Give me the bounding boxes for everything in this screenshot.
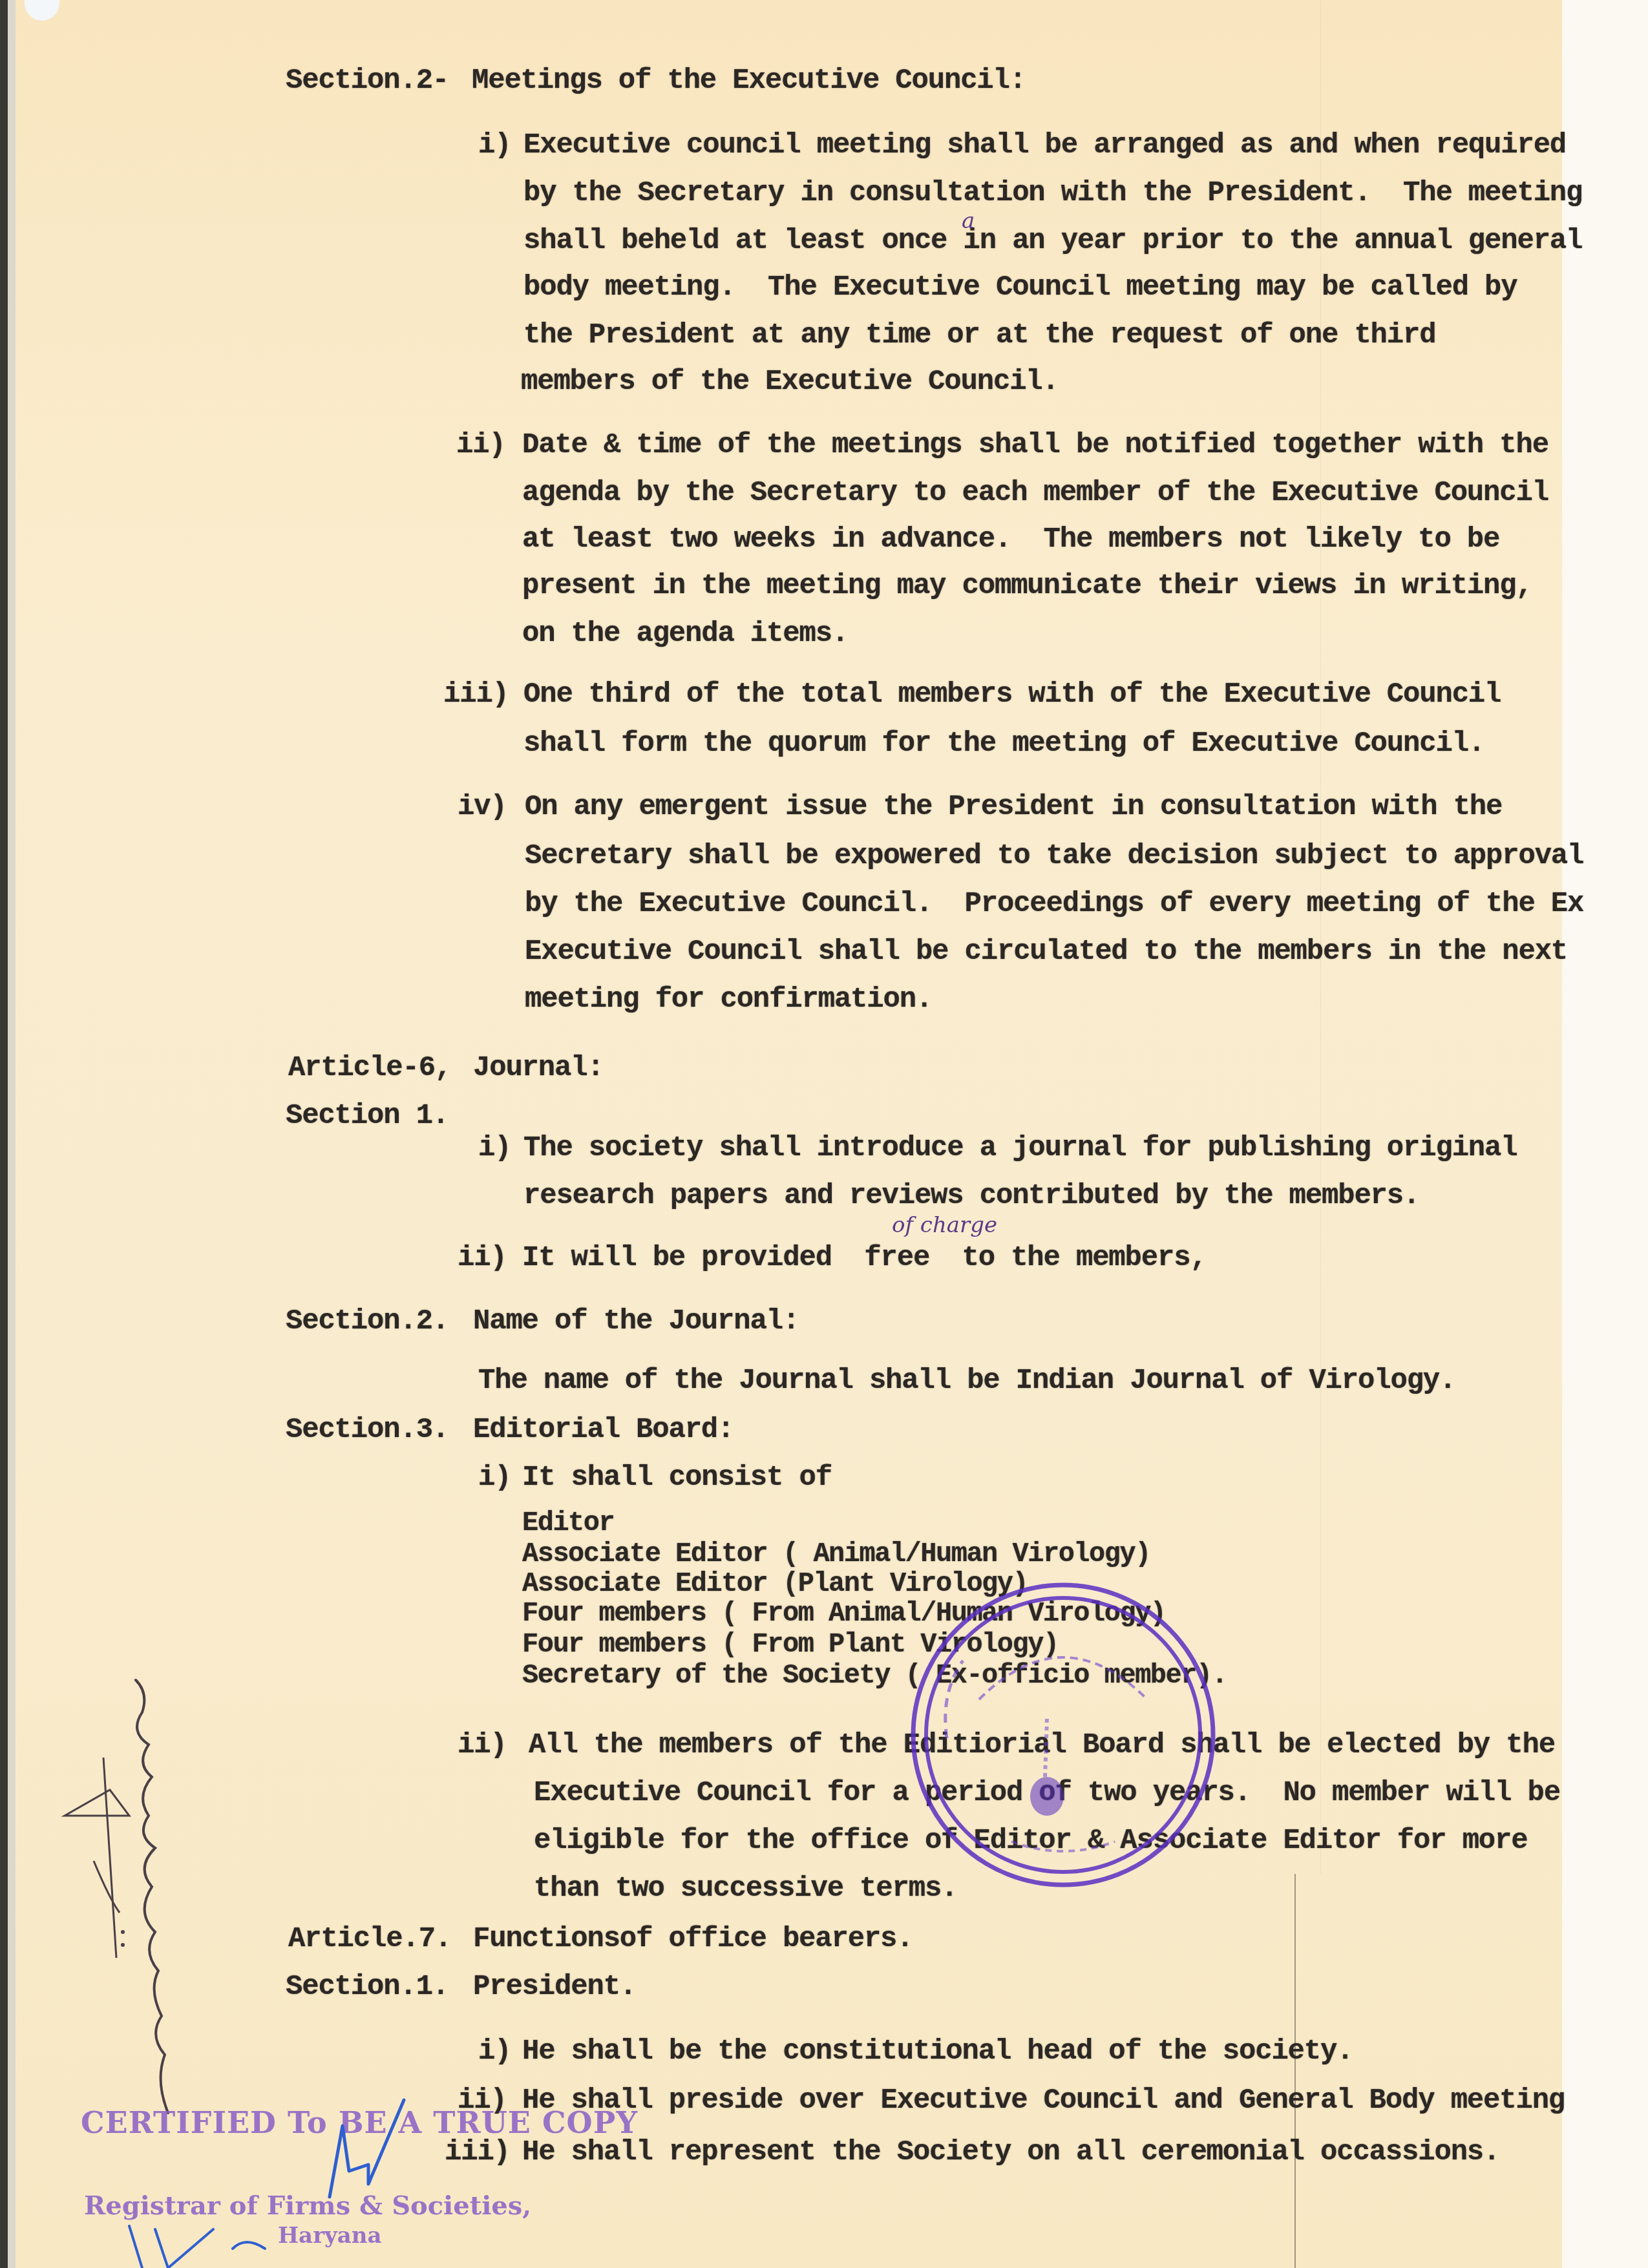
item-marker: i) xyxy=(478,1132,511,1164)
body-line: He shall be the constitutional head of t… xyxy=(522,2035,1353,2068)
section-label: Section 1. xyxy=(286,1100,449,1132)
body-line: by the Secretary in consultation with th… xyxy=(523,177,1582,209)
body-line: The society shall introduce a journal fo… xyxy=(523,1132,1517,1164)
body-line: by the Executive Council. Proceedings of… xyxy=(525,888,1583,920)
body-line: the President at any time or at the requ… xyxy=(523,319,1435,352)
registrar-stamp-state: Haryana xyxy=(278,2223,382,2249)
section-heading: President. xyxy=(473,1971,636,2003)
section-heading: Name of the Journal: xyxy=(473,1305,799,1338)
item-marker: iv) xyxy=(458,791,507,823)
fold-crease-lower xyxy=(1294,1874,1296,2268)
body-line: agenda by the Secretary to each member o… xyxy=(522,477,1548,509)
body-line: shall form the quorum for the meeting of… xyxy=(523,728,1484,760)
item-marker: iii) xyxy=(445,2136,510,2168)
body-line: body meeting. The Executive Council meet… xyxy=(523,271,1517,304)
body-line: Secretary shall be expowered to take dec… xyxy=(525,840,1583,872)
section-label: Section.3. xyxy=(286,1414,449,1446)
item-marker: ii) xyxy=(458,1242,507,1274)
item-marker: i) xyxy=(478,2035,511,2068)
article-label: Article-6, xyxy=(288,1052,451,1084)
body-line: Executive council meeting shall be arran… xyxy=(523,129,1566,162)
body-line: One third of the total members with of t… xyxy=(523,678,1501,711)
article-label: Article.7. xyxy=(288,1923,451,1955)
body-line: Executive Council shall be circulated to… xyxy=(525,936,1567,968)
body-line: The name of the Journal shall be Indian … xyxy=(478,1365,1455,1397)
scan-edge-light xyxy=(8,0,16,2268)
item-marker: i) xyxy=(478,129,511,162)
margin-signature-icon xyxy=(45,1667,200,2132)
registrar-seal-icon xyxy=(902,1564,1238,1893)
item-marker: i) xyxy=(478,1462,511,1494)
handwritten-insert-a: a xyxy=(962,208,975,234)
body-line: research papers and reviews contributed … xyxy=(523,1180,1419,1212)
body-line: shall beheld at least once in an year pr… xyxy=(523,225,1582,257)
initials-signature-icon xyxy=(317,2094,420,2203)
item-marker: ii) xyxy=(456,429,505,461)
handwritten-insert-of-charge: of charge xyxy=(892,1212,997,1238)
body-line: members of the Executive Council. xyxy=(521,366,1059,398)
body-line: meeting for confirmation. xyxy=(525,983,932,1016)
article-heading: Functionsof office bearers. xyxy=(473,1923,913,1955)
section-label: Section.2. xyxy=(286,1305,449,1338)
scan-margin-right xyxy=(1562,0,1648,2268)
body-line: at least two weeks in advance. The membe… xyxy=(522,523,1499,556)
section-label: Section.2- xyxy=(286,65,449,97)
body-line: He shall preside over Executive Council … xyxy=(522,2084,1565,2117)
section-heading: Meetings of the Executive Council: xyxy=(472,65,1026,97)
body-line: It will be provided free to the members, xyxy=(522,1242,1207,1274)
body-line: He shall represent the Society on all ce… xyxy=(522,2136,1499,2168)
bottom-signature-icon xyxy=(116,2223,284,2268)
body-line: than two successive terms. xyxy=(534,1873,957,1905)
body-line: on the agenda items. xyxy=(522,618,848,650)
registrar-stamp-line: Registrar of Firms & Societies, xyxy=(84,2190,531,2221)
section-label: Section.1. xyxy=(286,1971,449,2003)
item-marker: ii) xyxy=(458,1729,507,1761)
body-line: It shall consist of xyxy=(522,1462,832,1494)
body-line: present in the meeting may communicate t… xyxy=(522,570,1532,602)
body-line: On any emergent issue the President in c… xyxy=(525,791,1502,823)
body-line: Date & time of the meetings shall be not… xyxy=(522,429,1548,461)
board-member: Editor xyxy=(522,1508,614,1538)
section-heading: Editorial Board: xyxy=(473,1414,734,1446)
scan-edge-dark xyxy=(0,0,8,2268)
item-marker: iii) xyxy=(443,678,509,711)
article-heading: Journal: xyxy=(473,1052,604,1084)
